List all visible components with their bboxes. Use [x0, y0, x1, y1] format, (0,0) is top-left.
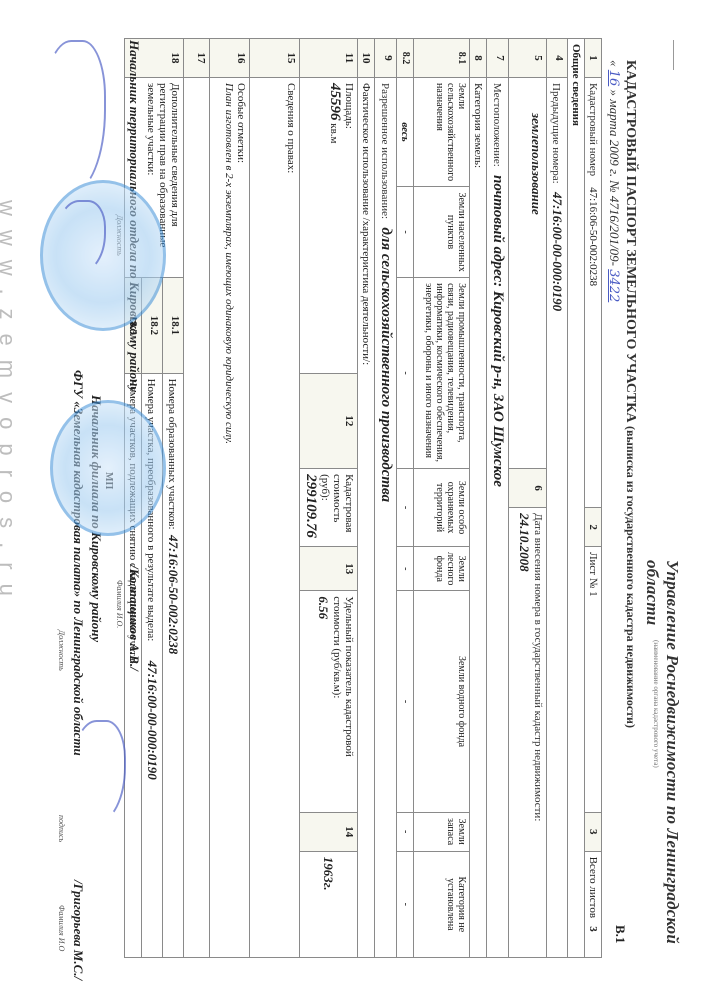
second-name-caption: Фамилия И.О: [57, 905, 66, 951]
handwritten-note: [42, 40, 106, 194]
title-suffix: (выписка из государственного кадастра не…: [624, 426, 638, 728]
unit-value-value: 6.56: [315, 596, 331, 806]
category-value: -: [397, 851, 414, 957]
second-signer-name: /Григорьева М.С./: [70, 880, 86, 980]
category-water: Земли водного фонда: [414, 591, 470, 812]
first-signer-name: /Колпащиков А.В./: [126, 565, 142, 671]
row-number: 8.2: [397, 39, 414, 78]
land-category-label: Категория земель:: [470, 78, 487, 958]
passport-table: 1 Кадастровый номер 47:16:06-50-002:0238…: [124, 38, 602, 958]
row-number: 4: [547, 39, 568, 78]
rights-label: Сведения о правах:: [250, 78, 300, 958]
row-number: 1: [585, 39, 602, 78]
special-notes-cell: Особые отметки: План изготовлен в 2-х эк…: [210, 78, 250, 958]
area-label: Площадь:: [343, 83, 355, 368]
category-value: -: [397, 469, 414, 547]
category-value: -: [397, 812, 414, 851]
table-row: 5 землепользование 6 Дата внесения номер…: [509, 39, 547, 958]
table-row: 10 Фактическое использование /характерис…: [358, 39, 375, 958]
signature-2: [72, 720, 126, 824]
row-number: 14: [300, 812, 358, 851]
row-number: 7: [487, 39, 509, 78]
area-cell: Площадь: 45596 кв.м: [300, 78, 358, 374]
row-number: 17: [184, 39, 210, 78]
cadastral-passport-page: Управление Роснедвижимости по Ленинградс…: [0, 0, 726, 1000]
table-row: 8.2 весь - - - - - - -: [397, 39, 414, 958]
row-17-cell: [184, 78, 210, 958]
permitted-use-cell: Разрешенное использование: для сельскохо…: [375, 78, 397, 958]
category-protected: Земли особо охраняемых территорий: [414, 469, 470, 547]
category-industry: Земли промышленности, транспорта, связи,…: [414, 278, 470, 469]
first-name-caption: Фамилия И.О.: [115, 580, 124, 628]
actual-use-label: Фактическое использование /характеристик…: [358, 78, 375, 958]
category-settlements: Земли населенных пунктов: [414, 187, 470, 278]
category-value: весь: [397, 78, 414, 187]
category-value: -: [397, 278, 414, 469]
previous-numbers-cell: Предыдущие номера: 47:16:00-00-000:0190: [547, 78, 568, 958]
row-number: 8.1: [414, 39, 470, 78]
date-prefix: «: [607, 60, 622, 67]
row-number: 8: [470, 39, 487, 78]
title-main: КАДАСТРОВЫЙ ПАСПОРТ ЗЕМЕЛЬНОГО УЧАСТКА: [623, 60, 638, 423]
row-number: 10: [358, 39, 375, 78]
category-value: -: [397, 547, 414, 591]
category-not-set: Категория не установлена: [414, 851, 470, 957]
cadastral-number-label: Кадастровый номер: [587, 83, 599, 176]
special-notes-label: Особые отметки:: [235, 83, 247, 952]
organization-caption: (наименование органа кадастрового учета): [652, 640, 660, 768]
cadastral-number-value: 47:16:06-50-002:0238: [587, 187, 599, 286]
table-row: 1 Кадастровый номер 47:16:06-50-002:0238…: [585, 39, 602, 958]
area-unit: кв.м: [328, 123, 340, 143]
category-value: -: [397, 187, 414, 278]
year-value: 1963г.: [300, 851, 358, 957]
row-number: 12: [300, 373, 358, 469]
cadastral-value-label: Кадастровая стоимость (руб):: [319, 474, 355, 541]
cadastral-number-cell: Кадастровый номер 47:16:06-50-002:0238: [585, 78, 602, 508]
registration-date-cell: Дата внесения номера в государственный к…: [509, 508, 547, 958]
location-value: почтовый адрес: Кировский р-н, ЗАО Шумск…: [490, 175, 506, 487]
general-info-heading: Общие сведения: [568, 39, 585, 958]
row-number: 9: [375, 39, 397, 78]
table-row: 9 Разрешенное использование: для сельско…: [375, 39, 397, 958]
transformed-plot-value: 47:16:00-00-000:0190: [145, 661, 160, 780]
category-forest: Земли лесного фонда: [414, 547, 470, 591]
row-number: 11: [300, 39, 358, 78]
category-reserve: Земли запаса: [414, 812, 470, 851]
date-day: 16: [606, 70, 621, 87]
land-type-value: землепользование: [529, 113, 544, 215]
row-number: 5: [509, 39, 547, 78]
table-row: 8 Категория земель:: [470, 39, 487, 958]
second-position-caption: Должность: [57, 630, 66, 671]
cadastral-value-cell: Кадастровая стоимость (руб): 299109.76: [300, 469, 358, 547]
special-notes-value: План изготовлен в 2-х экземплярах, имеющ…: [223, 83, 235, 952]
table-row: 17: [184, 39, 210, 958]
row-number: 18.1: [163, 278, 184, 374]
organization-name: Управление Роснедвижимости по Ленинградс…: [642, 560, 682, 1000]
table-row: 11 Площадь: 45596 кв.м 12 Кадастровая ст…: [300, 39, 358, 958]
row-number: 13: [300, 547, 358, 591]
unit-value-label: Удельный показатель кадастровой стоимост…: [331, 596, 355, 806]
table-row: 15 Сведения о правах:: [250, 39, 300, 958]
unit-value-cell: Удельный показатель кадастровой стоимост…: [300, 591, 358, 812]
row-number: 6: [509, 469, 547, 508]
document-number: 3422: [606, 269, 621, 302]
table-row: 4 Предыдущие номера: 47:16:00-00-000:019…: [547, 39, 568, 958]
signature-caption: подпись: [57, 815, 66, 842]
document-title: КАДАСТРОВЫЙ ПАСПОРТ ЗЕМЕЛЬНОГО УЧАСТКА (…: [622, 60, 638, 728]
land-type-cell: землепользование: [509, 78, 547, 469]
category-value: -: [397, 591, 414, 812]
formed-plots-value: 47:16:06-50-002:0238: [166, 535, 181, 654]
row-number: 3: [585, 812, 602, 851]
table-row: 7 Местоположение: почтовый адрес: Кировс…: [487, 39, 509, 958]
row-number: 15: [250, 39, 300, 78]
location-label: Местоположение:: [491, 83, 503, 167]
cadastral-value-value: 299109.76: [302, 474, 319, 541]
total-sheets-cell: Всего листов 3: [585, 851, 602, 957]
area-value: 45596: [327, 83, 343, 121]
total-sheets-label: Всего листов: [587, 857, 599, 918]
permitted-use-label: Разрешенное использование:: [379, 83, 391, 219]
sheet-number: Лист № 1: [585, 547, 602, 813]
corner-mark: [669, 40, 674, 70]
table-row: Общие сведения: [568, 39, 585, 958]
form-code: В.1: [612, 925, 628, 943]
row-number: 16: [210, 39, 250, 78]
registration-date-value: 24.10.2008: [516, 513, 532, 952]
table-row: 18 Дополнительные сведения для регистрац…: [163, 39, 184, 958]
row-number: 2: [585, 508, 602, 547]
location-cell: Местоположение: почтовый адрес: Кировски…: [487, 78, 509, 958]
table-row: 16 Особые отметки: План изготовлен в 2-х…: [210, 39, 250, 958]
watermark: www.zemvopros.ru: [0, 200, 20, 610]
total-sheets-value: 3: [587, 926, 599, 932]
document-date: « 16 » марта 2009 г. № 4716/201/09- 3422: [606, 60, 622, 302]
permitted-use-value: для сельскохозяйственного производства: [378, 227, 394, 502]
date-month-number: » марта 2009 г. № 4716/201/09-: [607, 90, 622, 266]
table-row: 8.1 Земли сельскохозяйственного назначен…: [414, 39, 470, 958]
registration-date-label: Дата внесения номера в государственный к…: [532, 513, 544, 952]
category-agricultural: Земли сельскохозяйственного назначения: [414, 78, 470, 187]
official-stamp-2: [50, 400, 166, 536]
previous-numbers-value: 47:16:00-00-000:0190: [550, 192, 565, 311]
formed-plots-label: Номера образованных участков:: [166, 379, 178, 530]
previous-numbers-label: Предыдущие номера:: [550, 83, 562, 184]
